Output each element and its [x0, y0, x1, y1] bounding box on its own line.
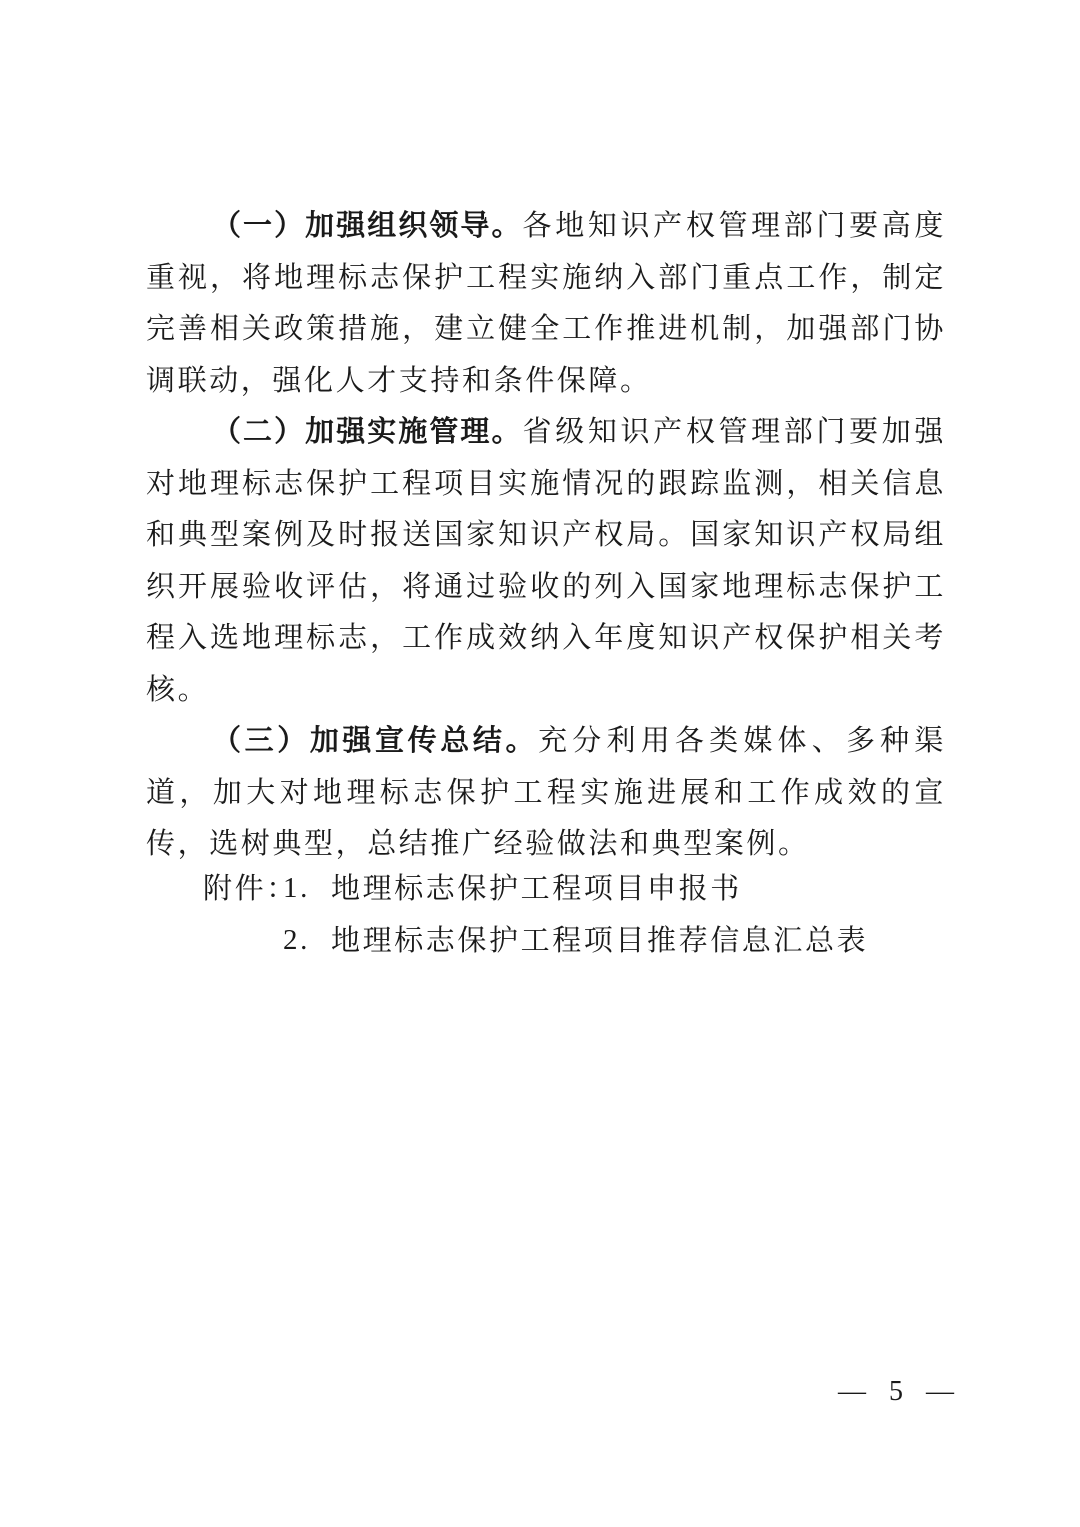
- paragraph-publicity-summary: （三）加强宣传总结。充分利用各类媒体、多种渠道，加大对地理标志保护工程实施进展和…: [146, 715, 946, 870]
- attachments-label-spacer: [203, 914, 283, 966]
- attachment-title: 地理标志保护工程项目推荐信息汇总表: [331, 914, 868, 966]
- paragraph-heading: （一）加强组织领导。: [212, 208, 523, 242]
- page-number: — 5 —: [838, 1376, 962, 1408]
- paragraph-heading: （二）加强实施管理。: [212, 414, 523, 448]
- paragraph-text: 省级知识产权管理部门要加强对地理标志保护工程项目实施情况的跟踪监测，相关信息和典…: [146, 414, 946, 706]
- paragraph-organization-leadership: （一）加强组织领导。各地知识产权管理部门要高度重视，将地理标志保护工程实施纳入部…: [146, 200, 946, 406]
- attachment-title: 地理标志保护工程项目申报书: [331, 862, 742, 914]
- attachments-list: 附件： 1. 地理标志保护工程项目申报书 2. 地理标志保护工程项目推荐信息汇总…: [203, 862, 868, 966]
- document-body: （一）加强组织领导。各地知识产权管理部门要高度重视，将地理标志保护工程实施纳入部…: [146, 200, 946, 870]
- attachment-item: 附件： 1. 地理标志保护工程项目申报书: [203, 862, 868, 914]
- attachments-label: 附件：: [203, 862, 283, 914]
- paragraph-heading: （三）加强宣传总结。: [212, 723, 538, 757]
- attachment-number: 1.: [283, 862, 331, 914]
- attachment-number: 2.: [283, 914, 331, 966]
- document-page: （一）加强组织领导。各地知识产权管理部门要高度重视，将地理标志保护工程实施纳入部…: [0, 0, 1080, 1527]
- paragraph-implementation-management: （二）加强实施管理。省级知识产权管理部门要加强对地理标志保护工程项目实施情况的跟…: [146, 406, 946, 715]
- attachment-item: 2. 地理标志保护工程项目推荐信息汇总表: [203, 914, 868, 966]
